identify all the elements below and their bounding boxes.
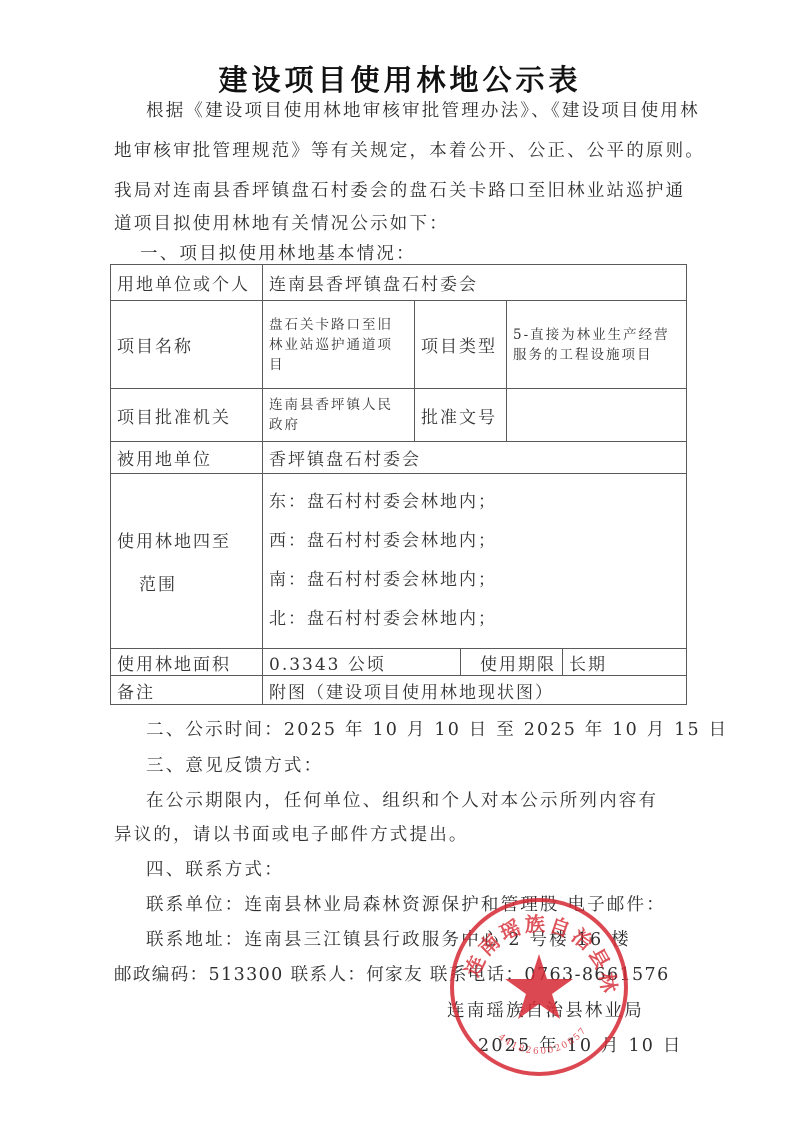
table-row: 被用地单位 香坪镇盘石村委会: [111, 442, 687, 474]
boundary-west: 西：盘石村村委会林地内；: [269, 522, 680, 561]
intro-line: 我局对连南县香坪镇盘石村委会的盘石关卡路口至旧林业站巡护通: [114, 177, 685, 202]
official-seal: 连南瑶族自治县林业局 4418260020857: [450, 898, 628, 1076]
approval-doc-value: [507, 389, 687, 442]
term-value: 长期: [563, 649, 687, 676]
section-heading-2: 二、公示时间：2025 年 10 月 10 日 至 2025 年 10 月 15…: [146, 716, 728, 741]
remarks-label: 备注: [111, 676, 263, 705]
area-label: 使用林地面积: [111, 649, 263, 676]
table-row: 项目名称 盘石关卡路口至旧 林业站巡护通道项 目 项目类型 5-直接为林业生产经…: [111, 301, 687, 389]
page-title: 建设项目使用林地公示表: [0, 58, 800, 99]
intro-line: 根据《建设项目使用林地审核审批管理办法》、《建设项目使用林: [146, 97, 700, 122]
land-owner-label: 被用地单位: [111, 442, 263, 474]
land-use-info-table: 用地单位或个人 连南县香坪镇盘石村委会 项目名称 盘石关卡路口至旧 林业站巡护通…: [110, 264, 687, 705]
boundary-values: 东：盘石村村委会林地内； 西：盘石村村委会林地内； 南：盘石村村委会林地内； 北…: [263, 474, 687, 649]
boundary-north: 北：盘石村村委会林地内；: [269, 600, 680, 639]
table-row: 项目批准机关 连南县香坪镇人民 政府 批准文号: [111, 389, 687, 442]
boundary-east: 东：盘石村村委会林地内；: [269, 483, 680, 522]
project-name-label: 项目名称: [111, 301, 263, 389]
svg-text:4418260020857: 4418260020857: [496, 1025, 590, 1057]
intro-line: 地审核审批管理规范》等有关规定，本着公开、公正、公平的原则。: [114, 137, 705, 162]
notice-page: 建设项目使用林地公示表 根据《建设项目使用林地审核审批管理办法》、《建设项目使用…: [0, 0, 800, 1131]
seal-star-icon: 连南瑶族自治县林业局 4418260020857: [454, 902, 624, 1072]
table-row: 使用林地面积 0.3343 公顷 使用期限 长期: [111, 649, 687, 676]
feedback-line: 异议的，请以书面或电子邮件方式提出。: [114, 821, 469, 846]
approval-authority-value: 连南县香坪镇人民 政府: [263, 389, 415, 442]
table-row: 用地单位或个人 连南县香坪镇盘石村委会: [111, 265, 687, 301]
table-row: 使用林地四至 范围 东：盘石村村委会林地内； 西：盘石村村委会林地内； 南：盘石…: [111, 474, 687, 649]
remarks-value: 附图（建设项目使用林地现状图）: [263, 676, 687, 705]
term-label: 使用期限: [461, 649, 563, 676]
feedback-line: 在公示期限内，任何单位、组织和个人对本公示所列内容有: [146, 787, 658, 812]
land-owner-value: 香坪镇盘石村委会: [263, 442, 687, 474]
applicant-label: 用地单位或个人: [111, 265, 263, 301]
project-type-label: 项目类型: [415, 301, 507, 389]
project-name-value: 盘石关卡路口至旧 林业站巡护通道项 目: [263, 301, 415, 389]
section-heading-1: 一、项目拟使用林地基本情况：: [140, 240, 416, 265]
area-value: 0.3343 公顷: [263, 649, 461, 676]
boundary-south: 南：盘石村村委会林地内；: [269, 561, 680, 600]
project-type-value: 5-直接为林业生产经营 服务的工程设施项目: [507, 301, 687, 389]
section-heading-4: 四、联系方式：: [146, 856, 284, 881]
boundary-label: 使用林地四至 范围: [111, 474, 263, 649]
intro-line: 道项目拟使用林地有关情况公示如下：: [114, 210, 449, 235]
table-row: 备注 附图（建设项目使用林地现状图）: [111, 676, 687, 705]
section-heading-3: 三、意见反馈方式：: [146, 752, 323, 777]
approval-doc-label: 批准文号: [415, 389, 507, 442]
approval-authority-label: 项目批准机关: [111, 389, 263, 442]
applicant-value: 连南县香坪镇盘石村委会: [263, 265, 687, 301]
